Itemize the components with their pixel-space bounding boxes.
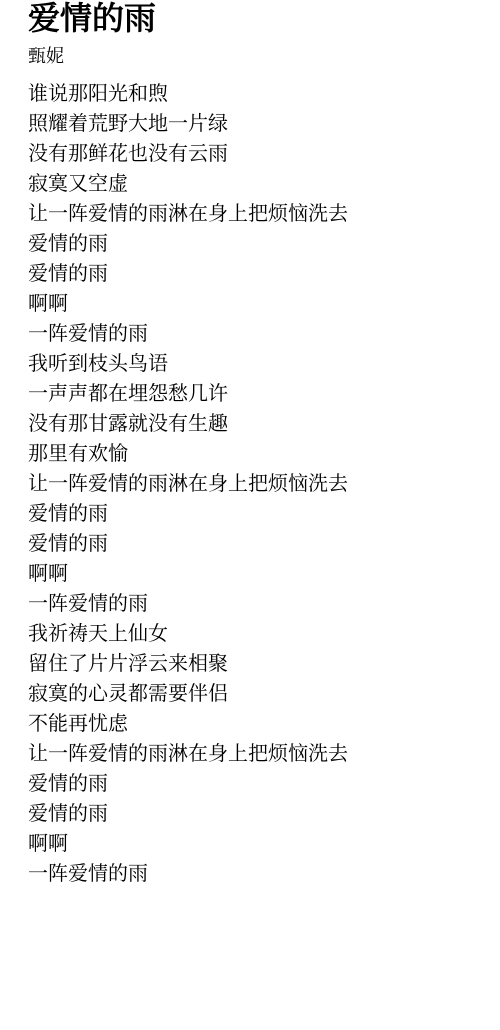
page-title: 爱情的雨 <box>28 0 472 36</box>
lyric-line: 寂寞又空虚 <box>28 169 472 199</box>
lyric-line: 寂寞的心灵都需要伴侣 <box>28 679 472 709</box>
lyric-line: 啊啊 <box>28 289 472 319</box>
lyric-line: 爱情的雨 <box>28 799 472 829</box>
lyric-line: 我听到枝头鸟语 <box>28 349 472 379</box>
lyric-line: 一声声都在埋怨愁几许 <box>28 379 472 409</box>
lyrics-page: 爱情的雨 甄妮 谁说那阳光和煦照耀着荒野大地一片绿没有那鲜花也没有云雨寂寞又空虚… <box>0 0 500 889</box>
lyric-line: 让一阵爱情的雨淋在身上把烦恼洗去 <box>28 469 472 499</box>
lyric-line: 一阵爱情的雨 <box>28 589 472 619</box>
lyric-line: 照耀着荒野大地一片绿 <box>28 109 472 139</box>
lyric-line: 一阵爱情的雨 <box>28 859 472 889</box>
lyrics-block: 谁说那阳光和煦照耀着荒野大地一片绿没有那鲜花也没有云雨寂寞又空虚让一阵爱情的雨淋… <box>28 79 472 889</box>
lyric-line: 爱情的雨 <box>28 769 472 799</box>
lyric-line: 爱情的雨 <box>28 499 472 529</box>
lyric-line: 爱情的雨 <box>28 529 472 559</box>
lyric-line: 爱情的雨 <box>28 259 472 289</box>
artist-name: 甄妮 <box>28 43 472 69</box>
lyric-line: 一阵爱情的雨 <box>28 319 472 349</box>
lyric-line: 留住了片片浮云来相聚 <box>28 649 472 679</box>
lyric-line: 不能再忧虑 <box>28 709 472 739</box>
lyric-line: 那里有欢愉 <box>28 439 472 469</box>
lyric-line: 啊啊 <box>28 559 472 589</box>
lyric-line: 我祈祷天上仙女 <box>28 619 472 649</box>
lyric-line: 让一阵爱情的雨淋在身上把烦恼洗去 <box>28 199 472 229</box>
lyric-line: 让一阵爱情的雨淋在身上把烦恼洗去 <box>28 739 472 769</box>
lyric-line: 爱情的雨 <box>28 229 472 259</box>
lyric-line: 啊啊 <box>28 829 472 859</box>
lyric-line: 没有那鲜花也没有云雨 <box>28 139 472 169</box>
lyric-line: 谁说那阳光和煦 <box>28 79 472 109</box>
lyric-line: 没有那甘露就没有生趣 <box>28 409 472 439</box>
